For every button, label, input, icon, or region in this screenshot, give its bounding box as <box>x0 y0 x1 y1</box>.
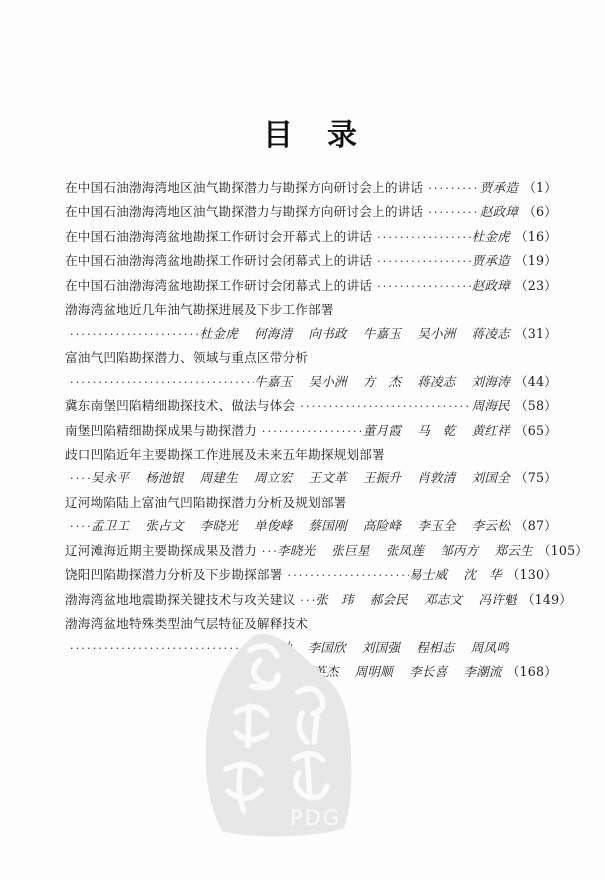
author-name: 董月霞 <box>363 419 401 442</box>
entry-page-number: （31） <box>510 322 557 345</box>
toc-entry: 在中国石油渤海湾盆地勘探工作研讨会闭幕式上的讲话················… <box>65 249 557 273</box>
entry-title: 在中国石油渤海湾地区油气勘探潜力与勘探方向研讨会上的讲话 <box>65 200 423 223</box>
author-name: 程相志 <box>416 636 454 659</box>
author-name: 周凤鸣 <box>471 636 509 659</box>
author-name: 蒋凌志 <box>472 322 510 345</box>
author-name: 李晓光 <box>277 539 315 562</box>
entry-title: 饶阳凹陷勘探潜力分析及下步勘探部署 <box>65 563 283 586</box>
author-name: 张凤莲 <box>386 539 424 562</box>
author-name: 张巨星 <box>331 539 369 562</box>
author-name: 黄红祥 <box>472 419 510 442</box>
author-name: 冯许魁 <box>478 588 516 611</box>
leader-dots: ········································… <box>65 371 254 394</box>
leader-dots: ········································… <box>295 589 315 612</box>
entry-title: 辽河滩海近期主要勘探成果及潜力 <box>65 539 257 562</box>
entry-authors: 牛嘉玉吴小洲方 杰蒋凌志刘海涛 <box>254 370 510 393</box>
author-name: 刘海涛 <box>472 370 510 393</box>
entry-authors: 董月霞马 乾黄红祥 <box>363 419 510 442</box>
author-name: 郑云生 <box>494 539 532 562</box>
toc-entry: 在中国石油渤海湾地区油气勘探潜力与勘探方向研讨会上的讲话············… <box>65 176 557 200</box>
entry-title: 南堡凹陷精细勘探成果与勘探潜力 <box>65 419 257 442</box>
entry-title: 在中国石油渤海湾盆地勘探工作研讨会闭幕式上的讲话 <box>65 274 372 297</box>
entry-title: 在中国石油渤海湾盆地勘探工作研讨会开幕式上的讲话 <box>65 225 372 248</box>
author-name: 吴永平 <box>91 466 129 489</box>
entry-authors: 贾承造 <box>480 176 518 199</box>
entry-page-number: （105） <box>533 539 588 562</box>
toc-authors-line: ········································… <box>65 370 557 394</box>
toc-entry-line: 在中国石油渤海湾盆地勘探工作研讨会闭幕式上的讲话················… <box>65 274 557 298</box>
entry-page-number: （130） <box>502 563 557 586</box>
toc-entry-line: 南堡凹陷精细勘探成果与勘探潜力·························… <box>65 419 557 443</box>
entry-page-number: （1） <box>518 176 557 199</box>
entry-title: 在中国石油渤海湾地区油气勘探潜力与勘探方向研讨会上的讲话 <box>65 176 423 199</box>
author-name: 周立宏 <box>254 466 292 489</box>
toc-entry: 冀东南堡凹陷精细勘探技术、做法与体会······················… <box>65 394 557 418</box>
toc-list: 在中国石油渤海湾地区油气勘探潜力与勘探方向研讨会上的讲话············… <box>65 176 557 684</box>
author-name: 李潮流 <box>463 660 501 683</box>
entry-page-number: （87） <box>510 514 557 537</box>
author-name: 贾承造 <box>480 176 518 199</box>
author-name: 高险峰 <box>363 514 401 537</box>
author-name: 吴小洲 <box>308 370 346 393</box>
author-name: 蔡国刚 <box>308 514 346 537</box>
author-name: 杜金虎 <box>472 225 510 248</box>
author-name: 何海清 <box>254 322 292 345</box>
entry-authors: 杜金虎何海清向书政牛嘉玉吴小洲蒋凌志 <box>200 322 510 345</box>
entry-authors: 孟卫工张占文李晓光单俊峰蔡国刚高险峰李玉全李云松 <box>91 514 510 537</box>
entry-authors: 周海民 <box>472 394 510 417</box>
toc-entry-line: 在中国石油渤海湾地区油气勘探潜力与勘探方向研讨会上的讲话············… <box>65 200 557 224</box>
toc-entry: 在中国石油渤海湾盆地勘探工作研讨会闭幕式上的讲话················… <box>65 274 557 298</box>
author-name: 贾承造 <box>472 249 510 272</box>
entry-page-number: （23） <box>510 274 557 297</box>
author-name: 邓志文 <box>424 588 462 611</box>
toc-authors-line: ········································… <box>65 322 557 346</box>
leader-dots: ········································… <box>65 323 200 346</box>
entry-authors: 赵政璋 <box>480 200 518 223</box>
author-name: 刘国强 <box>362 636 400 659</box>
toc-entry-line: 在中国石油渤海湾盆地勘探工作研讨会开幕式上的讲话················… <box>65 225 557 249</box>
author-name: 王文革 <box>308 466 346 489</box>
entry-page-number: （58） <box>510 394 557 417</box>
toc-entry: 富油气凹陷勘探潜力、领域与重点区带分析·····················… <box>65 346 557 394</box>
author-name: 蒋凌志 <box>417 370 455 393</box>
entry-title: 在中国石油渤海湾盆地勘探工作研讨会闭幕式上的讲话 <box>65 249 372 272</box>
author-name: 杜金虎 <box>200 322 238 345</box>
toc-entry: 南堡凹陷精细勘探成果与勘探潜力·························… <box>65 419 557 443</box>
author-name: 刘国全 <box>472 466 510 489</box>
toc-entry-line: 歧口凹陷近年主要勘探工作进展及未来五年勘探规划部署 <box>65 443 557 466</box>
author-name: 李长喜 <box>409 660 447 683</box>
entry-title: 富油气凹陷勘探潜力、领域与重点区带分析 <box>65 346 308 369</box>
author-name: 单俊峰 <box>254 514 292 537</box>
toc-entry-line: 富油气凹陷勘探潜力、领域与重点区带分析 <box>65 346 557 369</box>
toc-entry: 渤海湾盆地地震勘探关键技术与攻关建议······················… <box>65 588 557 612</box>
toc-entry-line: 辽河滩海近期主要勘探成果及潜力·························… <box>65 539 557 563</box>
author-name: 张 玮 <box>315 588 353 611</box>
leader-dots: ········································… <box>423 201 480 224</box>
entry-page-number: （44） <box>510 370 557 393</box>
leader-dots: ········································… <box>65 467 91 490</box>
toc-entry: 饶阳凹陷勘探潜力分析及下步勘探部署·······················… <box>65 563 557 587</box>
entry-authors: 易士威沈 华 <box>409 563 502 586</box>
author-name: 周海民 <box>472 394 510 417</box>
entry-page-number: （149） <box>517 588 572 611</box>
toc-entry-line: 在中国石油渤海湾地区油气勘探潜力与勘探方向研讨会上的讲话············… <box>65 176 557 200</box>
entry-title: 歧口凹陷近年主要勘探工作进展及未来五年勘探规划部署 <box>65 443 385 466</box>
leader-dots: ········································… <box>295 395 471 418</box>
author-name: 张占文 <box>145 514 183 537</box>
author-name: 赵政璋 <box>472 274 510 297</box>
toc-page: 目 录 在中国石油渤海湾地区油气勘探潜力与勘探方向研讨会上的讲话········… <box>0 0 605 880</box>
author-name: 李玉全 <box>417 514 455 537</box>
author-name: 李云松 <box>472 514 510 537</box>
leader-dots: ········································… <box>372 275 472 298</box>
leader-dots: ········································… <box>283 564 409 587</box>
toc-entry-line: 在中国石油渤海湾盆地勘探工作研讨会闭幕式上的讲话················… <box>65 249 557 273</box>
entry-title: 渤海湾盆地近几年油气勘探进展及下步工作部署 <box>65 298 334 321</box>
leader-dots: ········································… <box>372 226 472 249</box>
page-title: 目 录 <box>65 110 557 154</box>
entry-page-number: （16） <box>510 225 557 248</box>
toc-entry-line: 辽河坳陷陆上富油气凹陷勘探潜力分析及规划部署 <box>65 491 557 514</box>
entry-title: 冀东南堡凹陷精细勘探技术、做法与体会 <box>65 394 295 417</box>
author-name: 孟卫工 <box>91 514 129 537</box>
entry-authors: 张 玮郝会民邓志文冯许魁 <box>315 588 517 611</box>
author-name: 马 乾 <box>417 419 455 442</box>
toc-entry: 在中国石油渤海湾地区油气勘探潜力与勘探方向研讨会上的讲话············… <box>65 200 557 224</box>
author-name: 邹丙方 <box>440 539 478 562</box>
toc-entry-line: 渤海湾盆地近几年油气勘探进展及下步工作部署 <box>65 298 557 321</box>
author-name: 杨池银 <box>145 466 183 489</box>
entry-title: 辽河坳陷陆上富油气凹陷勘探潜力分析及规划部署 <box>65 491 346 514</box>
toc-authors-line: ········································… <box>65 466 557 490</box>
entry-page-number: （65） <box>510 419 557 442</box>
author-name: 王振升 <box>363 466 401 489</box>
toc-entry: 渤海湾盆地近几年油气勘探进展及下步工作部署···················… <box>65 298 557 346</box>
author-name: 牛嘉玉 <box>254 370 292 393</box>
toc-entry-line: 渤海湾盆地地震勘探关键技术与攻关建议······················… <box>65 588 557 612</box>
author-name: 牛嘉玉 <box>363 322 401 345</box>
leader-dots: ········································… <box>423 177 480 200</box>
entry-title: 渤海湾盆地地震勘探关键技术与攻关建议 <box>65 588 295 611</box>
author-name: 李晓光 <box>200 514 238 537</box>
entry-authors: 杜金虎 <box>472 225 510 248</box>
toc-entry: 辽河滩海近期主要勘探成果及潜力·························… <box>65 539 557 563</box>
author-name: 易士威 <box>409 563 447 586</box>
author-name: 赵政璋 <box>480 200 518 223</box>
leader-dots: ········································… <box>257 540 277 563</box>
entry-authors: 李晓光张巨星张凤莲邹丙方郑云生 <box>277 539 533 562</box>
entry-page-number: （168） <box>502 660 557 683</box>
toc-entry-line: 饶阳凹陷勘探潜力分析及下步勘探部署·······················… <box>65 563 557 587</box>
leader-dots: ········································… <box>257 420 363 443</box>
author-name: 吴小洲 <box>417 322 455 345</box>
author-name: 向书政 <box>308 322 346 345</box>
entry-page-number: （6） <box>518 200 557 223</box>
entry-authors: 贾承造 <box>472 249 510 272</box>
author-name: 周建生 <box>200 466 238 489</box>
author-name: 方 杰 <box>363 370 401 393</box>
toc-authors-line: ········································… <box>65 514 557 538</box>
entry-page-number: （75） <box>510 466 557 489</box>
toc-entry-line: 冀东南堡凹陷精细勘探技术、做法与体会······················… <box>65 394 557 418</box>
leader-dots: ········································… <box>65 515 91 538</box>
leader-dots: ········································… <box>372 250 472 273</box>
author-name: 郝会民 <box>370 588 408 611</box>
author-name: 沈 华 <box>463 563 501 586</box>
pdg-watermark: PDG <box>198 628 363 843</box>
toc-entry: 歧口凹陷近年主要勘探工作进展及未来五年勘探规划部署···············… <box>65 443 557 491</box>
author-name: 肖敦清 <box>417 466 455 489</box>
entry-authors: 吴永平杨池银周建生周立宏王文革王振升肖敦清刘国全 <box>91 466 510 489</box>
toc-entry: 辽河坳陷陆上富油气凹陷勘探潜力分析及规划部署··················… <box>65 491 557 539</box>
pdg-label: PDG <box>290 806 341 830</box>
entry-page-number: （19） <box>510 249 557 272</box>
toc-entry: 在中国石油渤海湾盆地勘探工作研讨会开幕式上的讲话················… <box>65 225 557 249</box>
entry-authors: 赵政璋 <box>472 274 510 297</box>
